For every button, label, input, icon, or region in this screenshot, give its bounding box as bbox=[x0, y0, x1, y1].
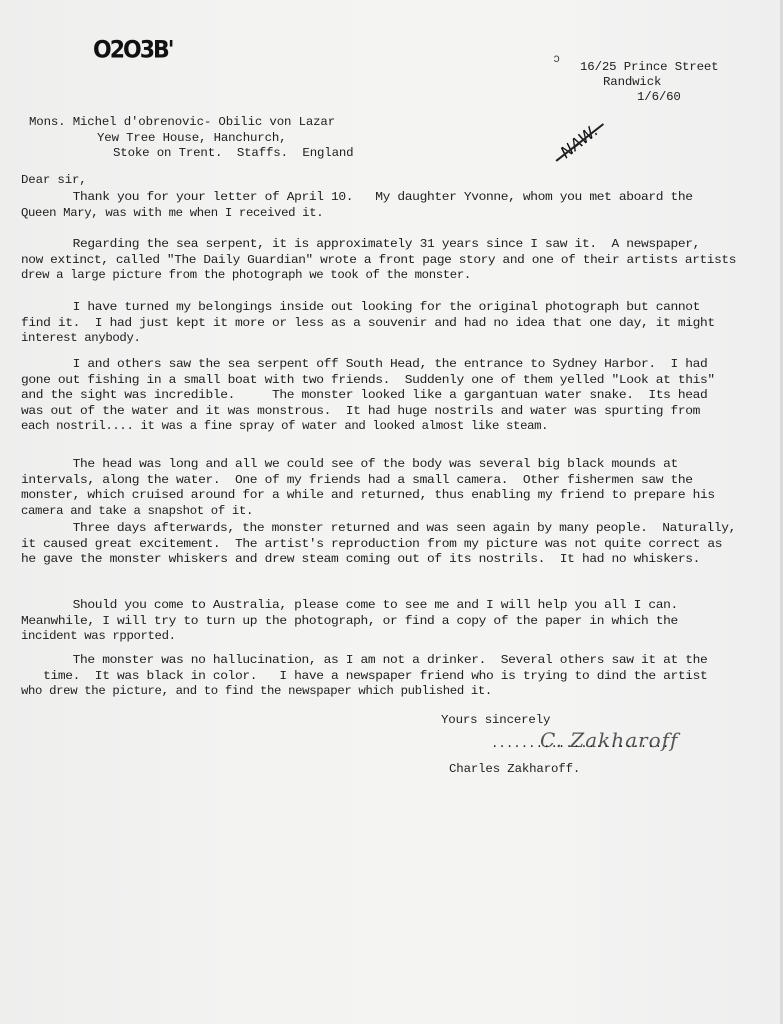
archive-number: O2O3B' bbox=[93, 37, 173, 65]
paragraph-line: interest anybody. bbox=[21, 331, 141, 346]
paragraph-line: who drew the picture, and to find the ne… bbox=[21, 684, 492, 699]
paragraph-line: I and others saw the sea serpent off Sou… bbox=[21, 357, 707, 372]
recipient-name: Mons. Michel d'obrenovic- Obilic von Laz… bbox=[29, 115, 335, 130]
paragraph-line: incident was rpported. bbox=[21, 629, 176, 644]
paragraph-line: intervals, along the water. One of my fr… bbox=[21, 473, 693, 488]
paragraph-line: he gave the monster whiskers and drew st… bbox=[21, 552, 700, 567]
paragraph-line: and the sight was incredible. The monste… bbox=[21, 388, 707, 403]
paragraph-line: Should you come to Australia, please com… bbox=[21, 598, 678, 613]
paragraph-line: The monster was no hallucination, as I a… bbox=[21, 653, 707, 668]
paragraph-line: I have turned my belongings inside out l… bbox=[21, 300, 700, 315]
paragraph-line: Three days afterwards, the monster retur… bbox=[21, 521, 736, 536]
sender-street: 16/25 Prince Street bbox=[580, 60, 718, 75]
paragraph-line: time. It was black in color. I have a ne… bbox=[21, 669, 707, 684]
closing: Yours sincerely bbox=[441, 713, 550, 728]
paragraph-line: now extinct, called "The Daily Guardian"… bbox=[21, 253, 736, 268]
paragraph-line: was out of the water and it was monstrou… bbox=[21, 404, 700, 419]
paragraph-line: drew a large picture from the photograph… bbox=[21, 268, 471, 283]
paragraph-line: Regarding the sea serpent, it is approxi… bbox=[21, 237, 700, 252]
recipient-address-line: Yew Tree House, Hanchurch, bbox=[97, 131, 286, 146]
sender-suburb: Randwick bbox=[603, 75, 661, 90]
letter-page: O2O3B' ↄ 16/25 Prince Street Randwick 1/… bbox=[0, 0, 783, 1024]
signatory-name: Charles Zakharoff. bbox=[449, 762, 580, 777]
signature-line: ........................ bbox=[491, 737, 669, 752]
paragraph-line: camera and take a snapshot of it. bbox=[21, 504, 253, 519]
paragraph-line: Thank you for your letter of April 10. M… bbox=[21, 190, 693, 205]
pen-mark: ↄ bbox=[553, 52, 560, 66]
recipient-address-line: Stoke on Trent. Staffs. England bbox=[113, 146, 353, 161]
letter-date: 1/6/60 bbox=[637, 90, 681, 105]
paragraph-line: Queen Mary, was with me when I received … bbox=[21, 206, 323, 221]
paragraph-line: Meanwhile, I will try to turn up the pho… bbox=[21, 614, 678, 629]
paragraph-line: monster, which cruised around for a whil… bbox=[21, 488, 715, 503]
salutation: Dear sir, bbox=[21, 173, 87, 188]
paragraph-line: each nostril.... it was a fine spray of … bbox=[21, 419, 548, 434]
paragraph-line: find it. I had just kept it more or less… bbox=[21, 316, 715, 331]
paragraph-line: The head was long and all we could see o… bbox=[21, 457, 678, 472]
paragraph-line: gone out fishing in a small boat with tw… bbox=[21, 373, 715, 388]
paragraph-line: it caused great excitement. The artist's… bbox=[21, 537, 722, 552]
